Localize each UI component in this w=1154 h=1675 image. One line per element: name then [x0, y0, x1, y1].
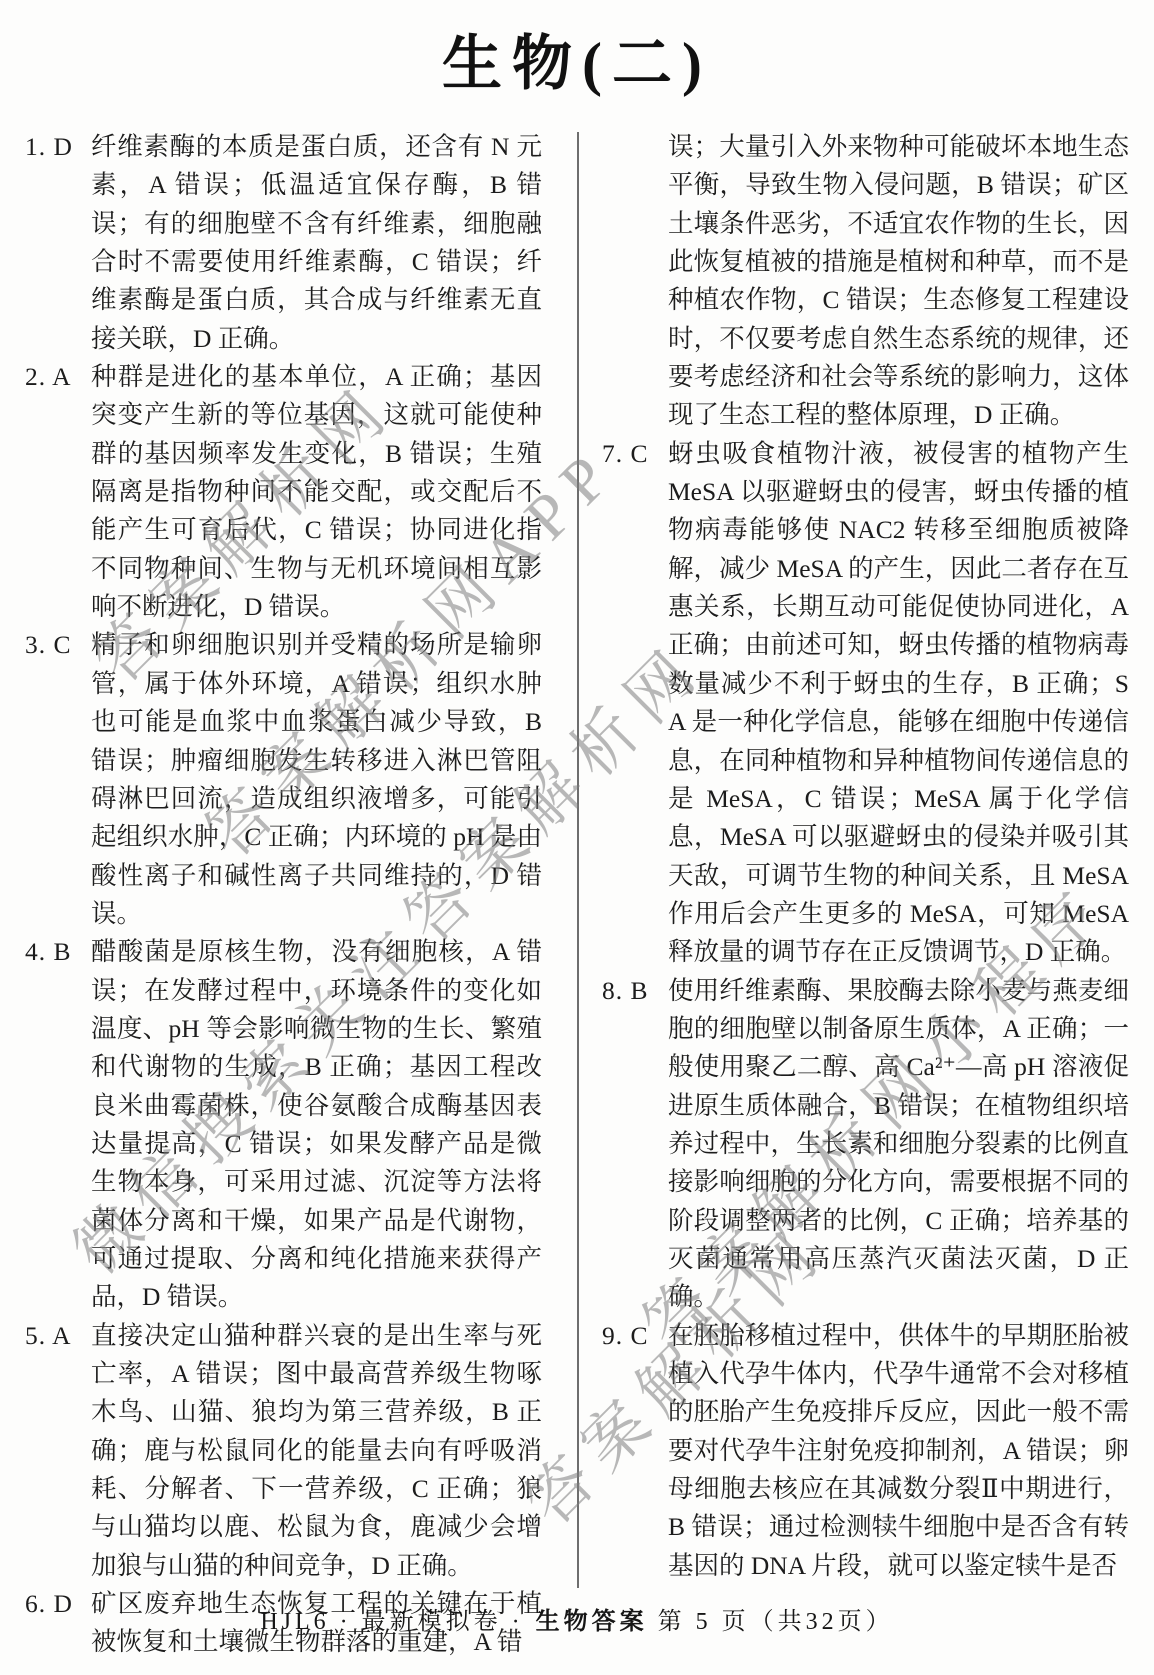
answer-item-2A: 2. A种群是进化的基本单位，A 正确；基因突变产生新的等位基因，这就可能使种群… [25, 358, 542, 626]
answer-item-3C: 3. C精子和卵细胞识别并受精的场所是输卵管，属于体外环境，A 错误；组织水肿也… [25, 626, 542, 933]
answer-explanation-text: 使用纤维素酶、果胶酶去除小麦与燕麦细胞的细胞壁以制备原生质体，A 正确；一般使用… [668, 976, 1129, 1312]
footer-page-number: 第 5 页（共32页） [658, 1609, 894, 1635]
column-divider [577, 132, 579, 1588]
answer-item-1D: 1. D纤维素酶的本质是蛋白质，还含有 N 元素，A 错误；低温适宜保存酶，B … [25, 128, 542, 358]
answer-number-label: 5. A [25, 1317, 72, 1355]
footer-exam-code: HJL6 · 最新模拟卷 · [260, 1609, 523, 1635]
footer-subject: 生物答案 [536, 1609, 648, 1635]
answer-explanation-text: 精子和卵细胞识别并受精的场所是输卵管，属于体外环境，A 错误；组织水肿也可能是血… [91, 630, 542, 927]
answer-explanation-text: 纤维素酶的本质是蛋白质，还含有 N 元素，A 错误；低温适宜保存酶，B 错误；有… [91, 132, 542, 353]
answer-item-9C: 9. C在胚胎移植过程中，供体牛的早期胚胎被植入代孕牛体内，代孕牛通常不会对移植… [602, 1317, 1129, 1585]
answer-explanation-text: 醋酸菌是原核生物，没有细胞核，A 错误；在发酵过程中，环境条件的变化如温度、pH… [91, 937, 542, 1311]
answer-item-7C: 7. C蚜虫吸食植物汁液，被侵害的植物产生 MeSA 以驱避蚜虫的侵害，蚜虫传播… [602, 435, 1129, 972]
answer-number-label: 7. C [602, 435, 649, 473]
answer-number-label: 2. A [25, 358, 72, 396]
answer-number-label: 4. B [25, 933, 72, 971]
answer-number-label: 3. C [25, 626, 72, 664]
page-title: 生物(二) [0, 16, 1154, 102]
answer-explanation-text: 种群是进化的基本单位，A 正确；基因突变产生新的等位基因，这就可能使种群的基因频… [91, 362, 542, 621]
answer-sheet-page: 生物(二) 1. D纤维素酶的本质是蛋白质，还含有 N 元素，A 错误；低温适宜… [0, 0, 1154, 1675]
answer-number-label: 8. B [602, 972, 649, 1010]
answer-number-label: 1. D [25, 128, 73, 166]
answers-column-right: 误；大量引入外来物种可能破坏本地生态平衡，导致生物入侵问题，B 错误；矿区土壤条… [602, 128, 1129, 1585]
answer-explanation-text: 误；大量引入外来物种可能破坏本地生态平衡，导致生物入侵问题，B 错误；矿区土壤条… [668, 132, 1129, 429]
answer-explanation-text: 直接决定山猫种群兴衰的是出生率与死亡率，A 错误；图中最高营养级生物啄木鸟、山猫… [91, 1321, 542, 1580]
answer-item-8B: 8. B使用纤维素酶、果胶酶去除小麦与燕麦细胞的细胞壁以制备原生质体，A 正确；… [602, 972, 1129, 1317]
answer-explanation-text: 蚜虫吸食植物汁液，被侵害的植物产生 MeSA 以驱避蚜虫的侵害，蚜虫传播的植物病… [668, 439, 1129, 966]
answers-column-left: 1. D纤维素酶的本质是蛋白质，还含有 N 元素，A 错误；低温适宜保存酶，B … [25, 128, 542, 1662]
answer-item-4B: 4. B醋酸菌是原核生物，没有细胞核，A 错误；在发酵过程中，环境条件的变化如温… [25, 933, 542, 1316]
page-footer: HJL6 · 最新模拟卷 ·生物答案第 5 页（共32页） [0, 1601, 1154, 1636]
answer-explanation-text: 在胚胎移植过程中，供体牛的早期胚胎被植入代孕牛体内，代孕牛通常不会对移植的胚胎产… [668, 1321, 1129, 1580]
answer-number-label: 9. C [602, 1317, 649, 1355]
answer-item-continuation: 误；大量引入外来物种可能破坏本地生态平衡，导致生物入侵问题，B 错误；矿区土壤条… [602, 128, 1129, 435]
answer-item-5A: 5. A直接决定山猫种群兴衰的是出生率与死亡率，A 错误；图中最高营养级生物啄木… [25, 1317, 542, 1585]
